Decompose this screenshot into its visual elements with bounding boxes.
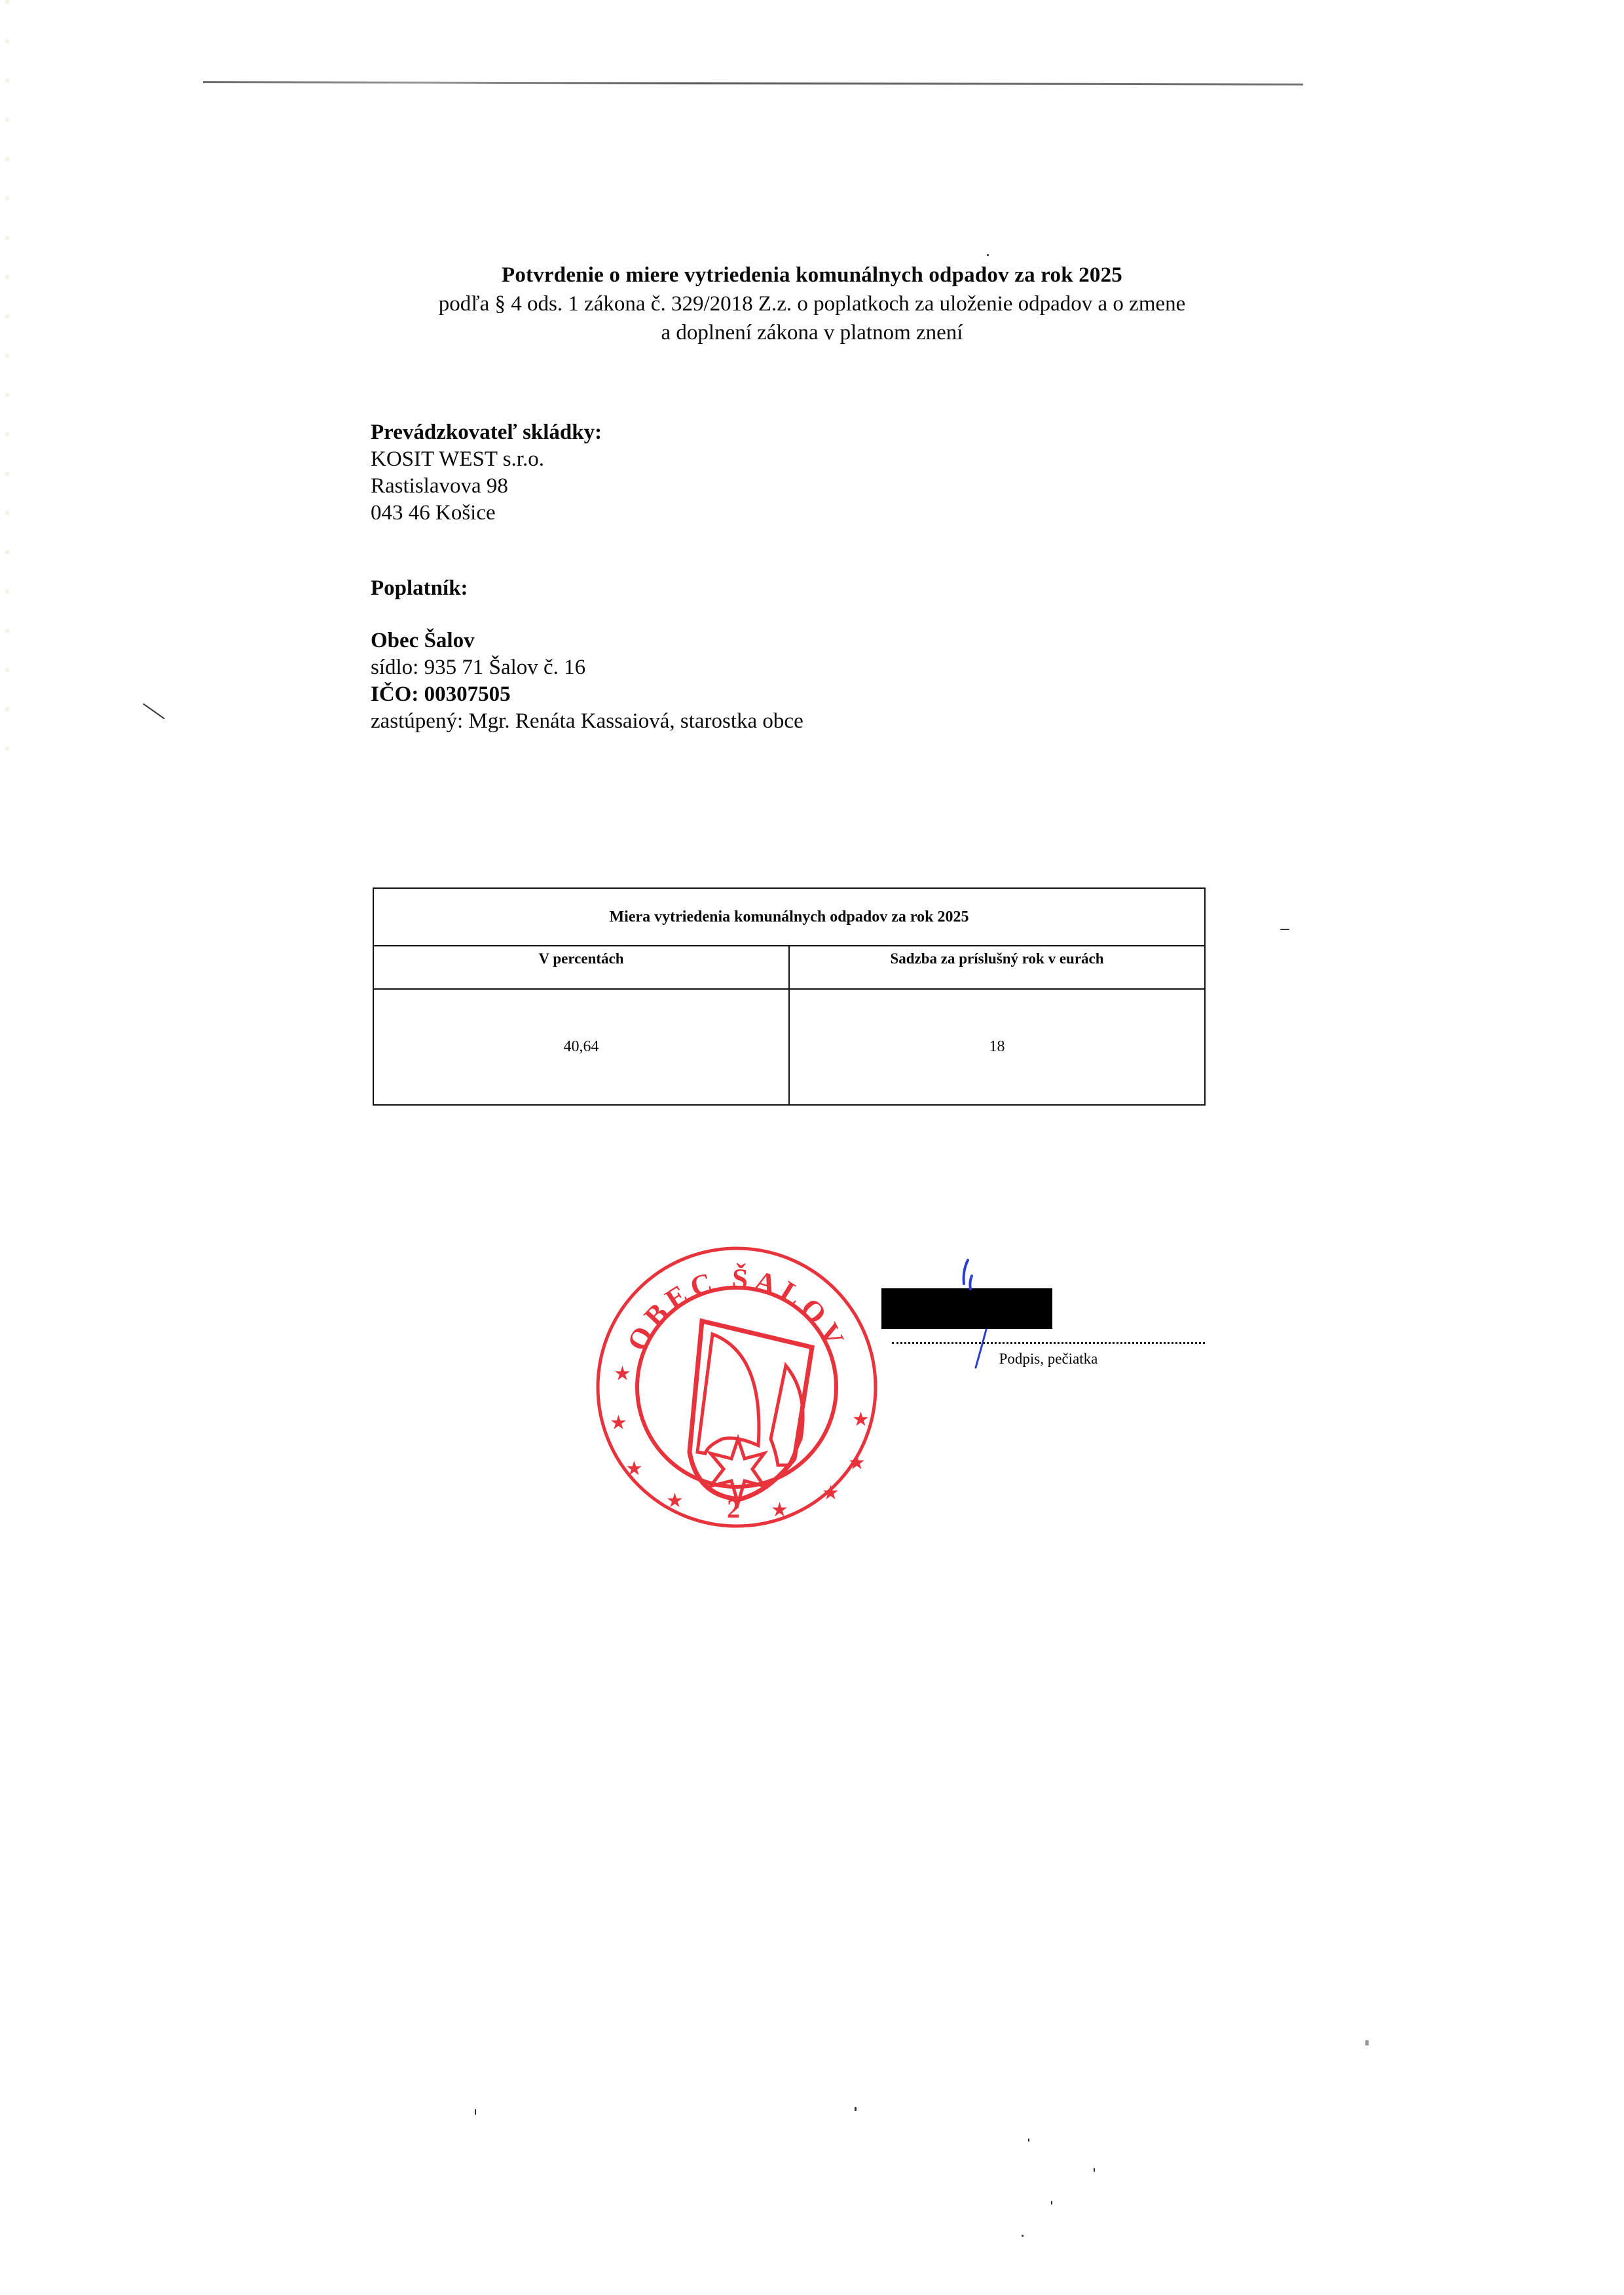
operator-block: Prevádzkovateľ skládky: KOSIT WEST s.r.o… bbox=[371, 419, 602, 527]
top-rule bbox=[203, 81, 1303, 86]
operator-name: KOSIT WEST s.r.o. bbox=[371, 446, 602, 473]
scan-speck bbox=[1028, 2138, 1029, 2142]
document-title: Potvrdenie o miere vytriedenia komunálny… bbox=[0, 261, 1624, 289]
scan-speck bbox=[987, 254, 989, 256]
payer-ico: IČO: 00307505 bbox=[371, 681, 803, 708]
table-row: 40,64 18 bbox=[373, 989, 1205, 1105]
scan-edge-artifact bbox=[5, 0, 9, 786]
rate-table: Miera vytriedenia komunálnych odpadov za… bbox=[373, 887, 1206, 1106]
scan-speck bbox=[1094, 2168, 1095, 2172]
document-subtitle-line2: a doplnení zákona v platnom znení bbox=[0, 318, 1624, 347]
svg-text:★: ★ bbox=[848, 1451, 866, 1474]
column-header-percent: V percentách bbox=[373, 946, 789, 989]
scan-speck bbox=[855, 2107, 857, 2111]
payer-label: Poplatník: bbox=[371, 575, 468, 602]
signature-caption: Podpis, pečiatka bbox=[892, 1349, 1205, 1369]
svg-text:★: ★ bbox=[666, 1489, 684, 1512]
svg-text:★: ★ bbox=[822, 1482, 840, 1504]
operator-label: Prevádzkovateľ skládky: bbox=[371, 419, 602, 446]
rate-table-caption: Miera vytriedenia komunálnych odpadov za… bbox=[373, 888, 1205, 946]
scan-speck bbox=[1022, 2235, 1024, 2237]
scan-speck bbox=[1280, 929, 1289, 930]
payer-represented: zastúpený: Mgr. Renáta Kassaiová, staros… bbox=[371, 708, 803, 735]
svg-text:★: ★ bbox=[625, 1457, 643, 1480]
svg-text:★: ★ bbox=[771, 1499, 788, 1521]
scan-speck bbox=[475, 2109, 476, 2115]
scan-speck bbox=[1365, 2040, 1369, 2045]
column-header-rate: Sadzba za príslušný rok v eurách bbox=[789, 946, 1205, 989]
payer-block: Obec Šalov sídlo: 935 71 Šalov č. 16 IČO… bbox=[371, 627, 803, 735]
svg-text:★: ★ bbox=[610, 1411, 627, 1434]
payer-label-block: Poplatník: bbox=[371, 575, 468, 602]
cell-percent: 40,64 bbox=[373, 989, 789, 1105]
scan-speck bbox=[143, 703, 165, 720]
svg-text:★: ★ bbox=[852, 1408, 870, 1431]
document-subtitle-line1: podľa § 4 ods. 1 zákona č. 329/2018 Z.z.… bbox=[0, 289, 1624, 318]
signature-line bbox=[892, 1342, 1205, 1344]
stamp-number: 2 bbox=[727, 1494, 740, 1523]
municipal-stamp-icon: OBEC ŠALOV 2 ★★★ ★★★ ★★ bbox=[593, 1242, 881, 1531]
operator-city: 043 46 Košice bbox=[371, 500, 602, 527]
cell-rate: 18 bbox=[789, 989, 1205, 1105]
payer-name: Obec Šalov bbox=[371, 627, 803, 654]
document-heading: Potvrdenie o miere vytriedenia komunálny… bbox=[0, 261, 1624, 347]
svg-text:★: ★ bbox=[614, 1362, 631, 1385]
scan-speck bbox=[1051, 2201, 1052, 2205]
payer-seat: sídlo: 935 71 Šalov č. 16 bbox=[371, 654, 803, 681]
operator-street: Rastislavova 98 bbox=[371, 473, 602, 500]
